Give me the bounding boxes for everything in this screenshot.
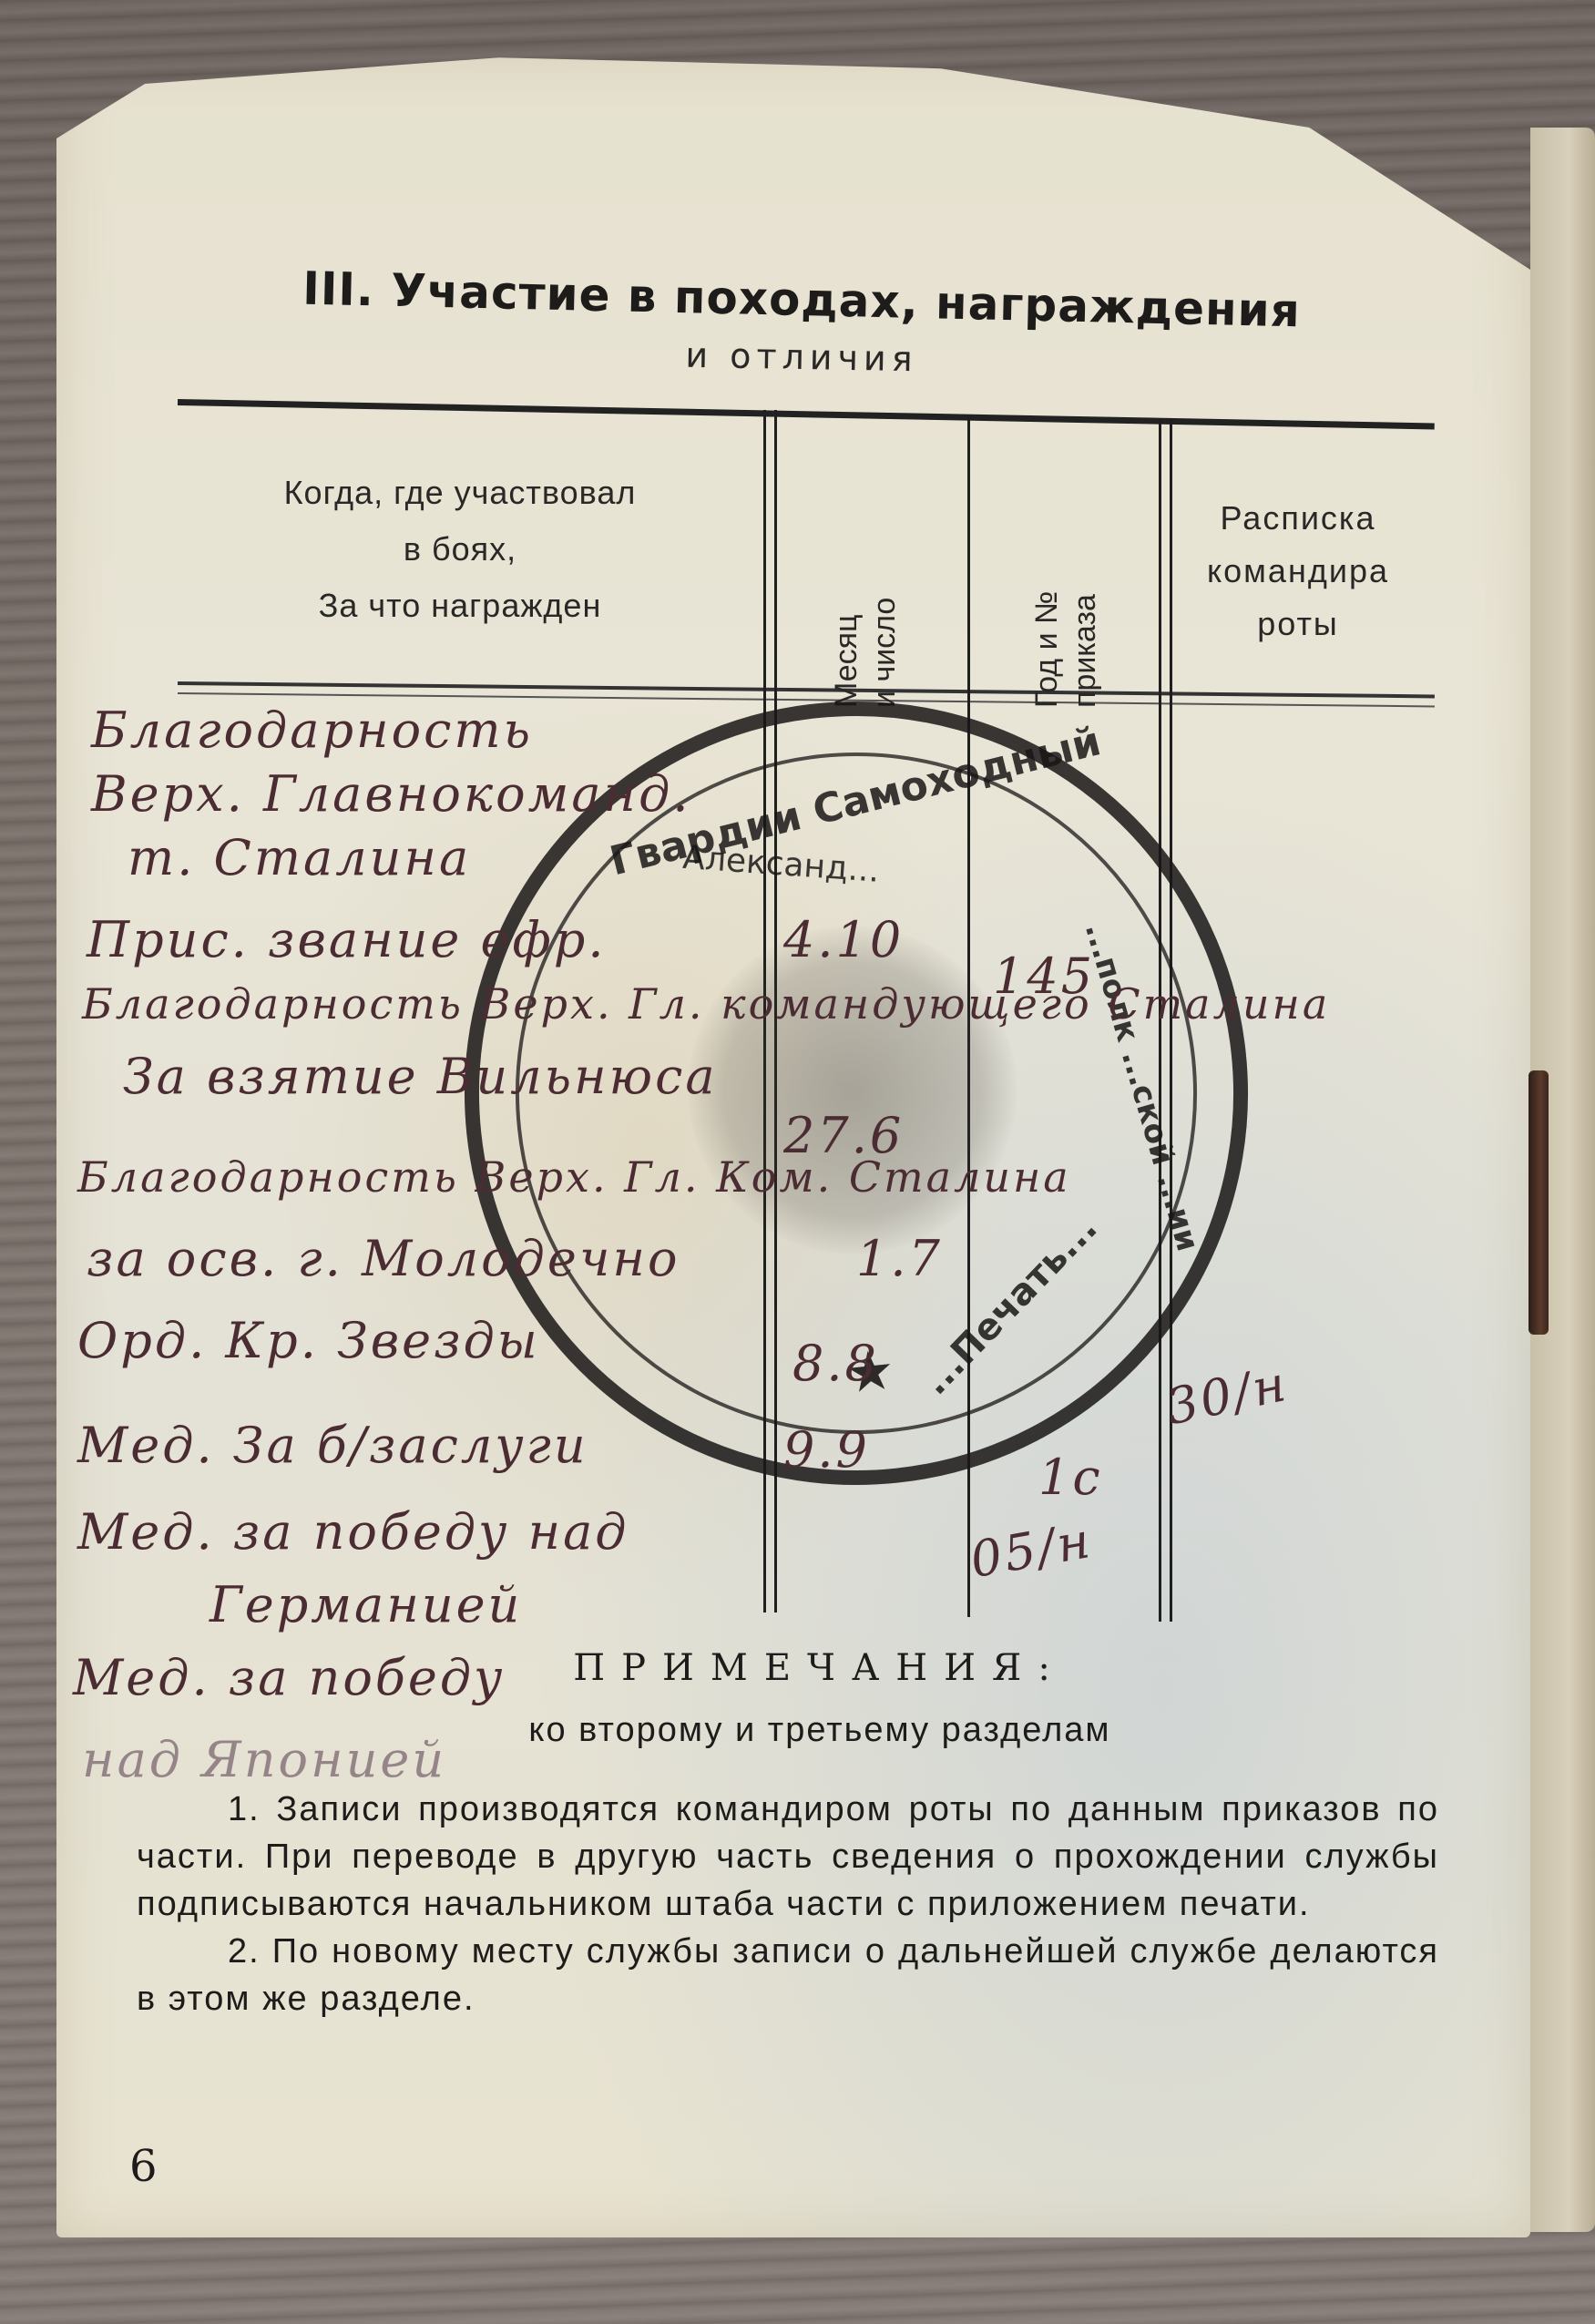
handwritten-entry: Прис. звание ефр. — [87, 911, 607, 968]
notes-subtitle: ко второму и третьему разделам — [364, 1711, 1275, 1750]
handwritten-entry: Благодарность — [91, 701, 533, 759]
notes-title: ПРИМЕЧАНИЯ: — [455, 1647, 1184, 1689]
header-line: Расписка — [1161, 492, 1435, 545]
table-header-commander-signature: Расписка командира роты — [1161, 492, 1435, 650]
handwritten-date: 27.6 — [783, 1107, 904, 1164]
handwritten-order-number: 1с — [1038, 1449, 1103, 1506]
staple-binding — [1529, 1070, 1549, 1335]
header-line: За что награжден — [173, 578, 747, 634]
handwritten-date: 1.7 — [856, 1230, 943, 1287]
handwritten-entry: Мед. за победу — [73, 1649, 505, 1706]
page-number: 6 — [129, 2141, 158, 2192]
table-header-order-number: Год и № приказа — [1028, 435, 1104, 708]
handwritten-entry: Благодарность Верх. Гл. командующего Ста… — [82, 979, 1330, 1029]
handwritten-order-number: 145 — [993, 947, 1095, 1005]
handwritten-entry: Мед. за победу над — [77, 1503, 629, 1561]
header-line: командира — [1161, 545, 1435, 598]
handwritten-entry: т. Сталина — [128, 829, 471, 886]
header-line: приказа — [1066, 435, 1104, 708]
handwritten-entry: Благодарность Верх. Гл. Ком. Сталина — [77, 1152, 1071, 1202]
handwritten-date: 4.10 — [783, 911, 904, 968]
header-line: Когда, где участвовал — [173, 465, 747, 521]
table-header-participation: Когда, где участвовал в боях, За что наг… — [173, 465, 747, 634]
handwritten-entry: за осв. г. Молодечно — [87, 1230, 680, 1287]
header-line: и число — [865, 435, 904, 708]
header-line: Год и № — [1028, 435, 1066, 708]
note-paragraph-1: 1. Записи производятся командиром роты п… — [137, 1786, 1439, 1928]
table-header-month-day: Месяц и число — [827, 435, 904, 708]
header-line: Месяц — [827, 435, 865, 708]
handwritten-entry: Германией — [210, 1576, 522, 1633]
handwritten-entry: Орд. Кр. Звезды — [77, 1312, 540, 1369]
header-line: роты — [1161, 598, 1435, 650]
handwritten-entry: Верх. Главнокоманд. — [91, 765, 691, 823]
handwritten-entry: Мед. За б/заслуги — [77, 1417, 588, 1474]
note-paragraph-2: 2. По новому месту службы записи о дальн… — [137, 1928, 1439, 2022]
handwritten-date: 8.8 — [792, 1335, 879, 1392]
notes-body: 1. Записи производятся командиром роты п… — [137, 1786, 1439, 2022]
header-line: в боях, — [173, 521, 747, 578]
handwritten-date: 9.9 — [783, 1421, 870, 1479]
handwritten-entry: За взятие Вильнюса — [123, 1048, 718, 1105]
